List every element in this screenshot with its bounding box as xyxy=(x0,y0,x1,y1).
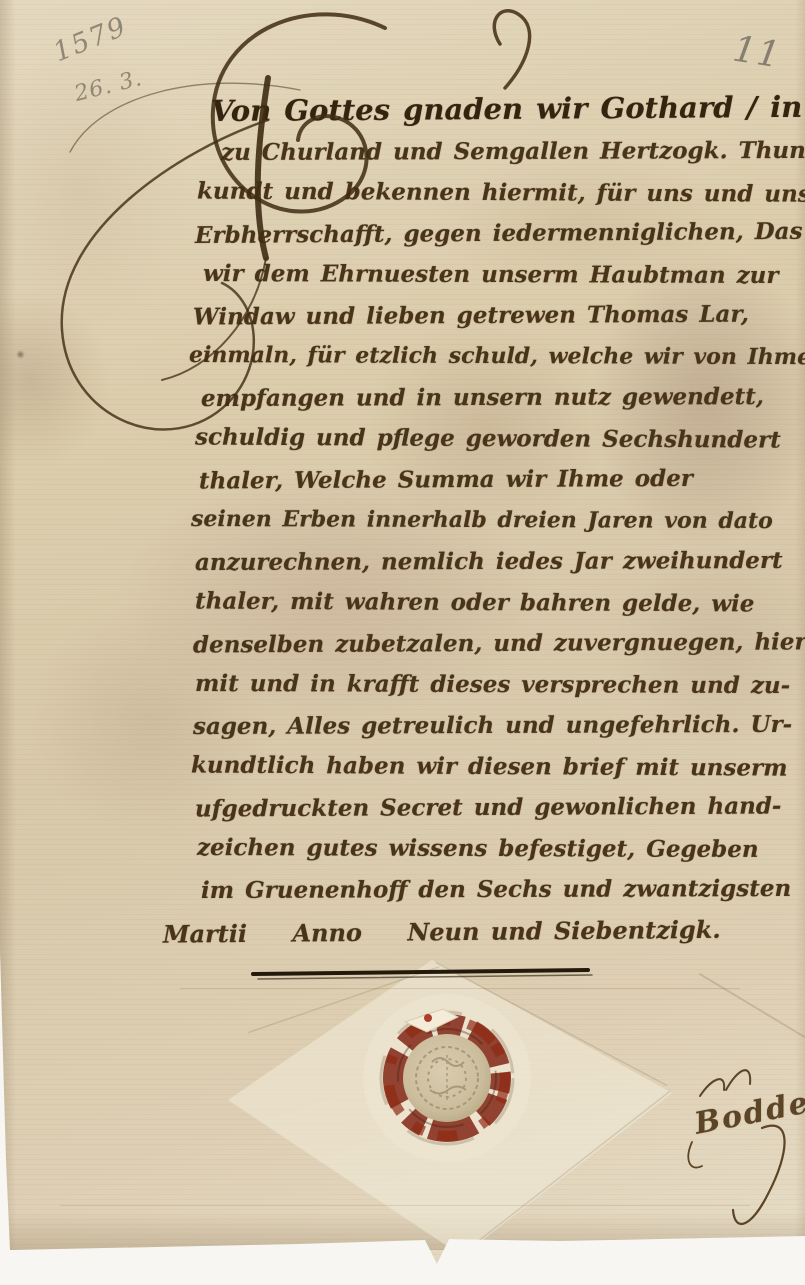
fold-crease-left xyxy=(248,966,440,1034)
ink-speck xyxy=(16,350,25,359)
countersignature: Bodde xyxy=(692,1085,805,1142)
manuscript-line: ufgedruckten Secret und gewonlichen hand… xyxy=(195,792,770,836)
pencil-year-annotation: 1579 xyxy=(49,11,132,68)
manuscript-line: im Gruenenhoff den Sechs und zwantzigste… xyxy=(201,875,770,918)
manuscript-line: einmaln, für etzlich schuld, welche wir … xyxy=(189,342,770,385)
scanned-manuscript-page: { "page": { "background_color": "#f7f6f2… xyxy=(0,0,805,1285)
manuscript-line: zeichen gutes wissens befestiget, Gegebe… xyxy=(197,834,770,877)
manuscript-line: thaler, mit wahren oder bahren gelde, wi… xyxy=(195,587,770,631)
manuscript-text-block: Von Gottes gnaden wir Gothard / in Liffl… xyxy=(185,92,770,958)
manuscript-line: anzurechnen, nemlich iedes Jar zweihunde… xyxy=(195,547,770,590)
manuscript-line: mit und in krafft dieses versprechen und… xyxy=(195,670,770,713)
manuscript-line: thaler, Welche Summa wir Ihme oder xyxy=(199,465,770,509)
stain-left-edge xyxy=(0,290,110,470)
manuscript-line: seinen Erben innerhalb dreien Jaren von … xyxy=(191,506,770,549)
manuscript-line: Erbherrschafft, gegen iedermenniglichen,… xyxy=(195,218,770,263)
manuscript-line: sagen, Alles getreulich und ungefehrlich… xyxy=(193,711,770,754)
manuscript-line: wir dem Ehrnuesten unserm Haubtman zur xyxy=(203,260,770,303)
manuscript-line: empfangen und in unsern nutz gewendett, xyxy=(201,383,770,426)
manuscript-line: schuldig und pflege geworden Sechshunder… xyxy=(195,423,770,467)
manuscript-line: Windaw und lieben getrewen Thomas Lar, xyxy=(193,300,770,344)
folio-number: 11 xyxy=(730,29,784,77)
paper-left-edge-shade xyxy=(0,0,16,1285)
manuscript-line: kundtlich haben wir diesen brief mit uns… xyxy=(191,751,770,795)
pencil-ref-annotation: 26. 3. xyxy=(72,66,145,107)
fold-crease-bottom xyxy=(60,1205,750,1206)
manuscript-line: zu Churland und Semgallen Hertzogk. Thun xyxy=(221,137,770,180)
manuscript-line: kundt und bekennen hiermit, für uns und … xyxy=(197,178,770,222)
fold-crease-right xyxy=(435,962,667,1087)
document-paper: 1579 26. 3. 11 Von Gottes gnaden wir Got… xyxy=(0,0,805,1285)
manuscript-line: Von Gottes gnaden wir Gothard / in Liffl… xyxy=(211,90,770,140)
manuscript-line-dateline: Martii Anno Neun und Siebentzigk. xyxy=(163,914,770,960)
manuscript-line: denselben zubetzalen, und zuvergnuegen, … xyxy=(193,628,770,672)
fold-crease-horizontal xyxy=(180,988,740,989)
paper-bottom-edge-shade xyxy=(0,1212,805,1250)
fold-crease-far-right xyxy=(699,973,805,1041)
